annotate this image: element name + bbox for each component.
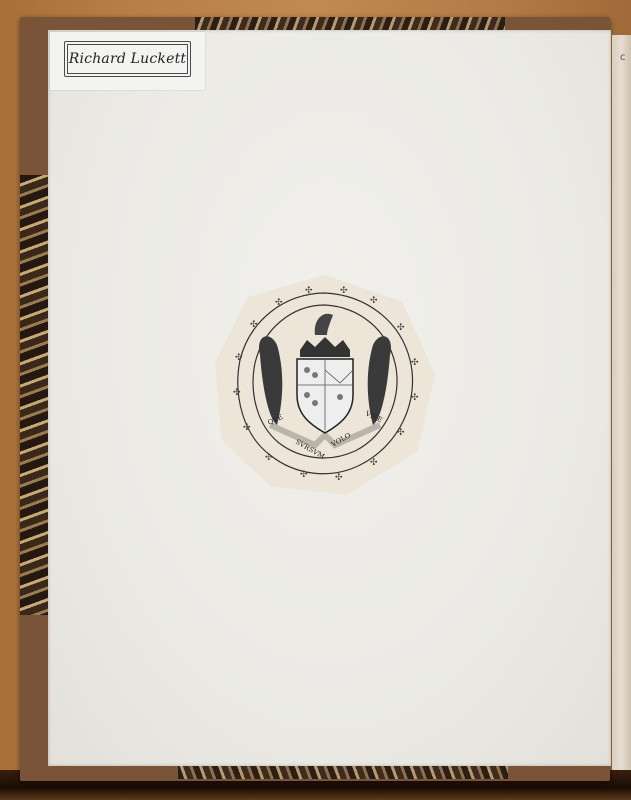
svg-text:✣: ✣ xyxy=(305,286,313,296)
svg-text:✣: ✣ xyxy=(243,423,251,433)
svg-text:✣: ✣ xyxy=(370,458,378,468)
svg-text:✣: ✣ xyxy=(340,286,348,296)
flyleaf-mark: c xyxy=(620,52,626,63)
marbled-edge-top xyxy=(195,17,505,31)
svg-text:✣: ✣ xyxy=(397,428,405,438)
svg-text:✣: ✣ xyxy=(250,320,258,330)
svg-text:✣: ✣ xyxy=(300,470,308,480)
svg-text:✣: ✣ xyxy=(235,353,243,363)
svg-text:✣: ✣ xyxy=(265,453,273,463)
svg-text:✣: ✣ xyxy=(370,296,378,306)
marbled-edge-bottom xyxy=(178,765,508,779)
svg-text:✣: ✣ xyxy=(411,393,419,403)
owner-name: Richard Luckett xyxy=(69,51,187,67)
svg-text:✣: ✣ xyxy=(275,298,283,308)
marbled-edge-left xyxy=(20,175,48,615)
svg-text:✣: ✣ xyxy=(233,388,241,398)
flyleaf-edge xyxy=(612,35,631,770)
chain-border: Richard Luckett xyxy=(64,41,191,77)
armorial-bookplate: ✣✣✣✣ ✣✣✣✣ ✣✣✣✣ ✣✣✣✣ QVE SVRSVM VOLO VISE xyxy=(215,275,435,495)
name-label-bookplate: Richard Luckett xyxy=(50,32,205,90)
svg-text:✣: ✣ xyxy=(397,323,405,333)
svg-text:✣: ✣ xyxy=(411,358,419,368)
svg-text:✣: ✣ xyxy=(335,473,343,483)
